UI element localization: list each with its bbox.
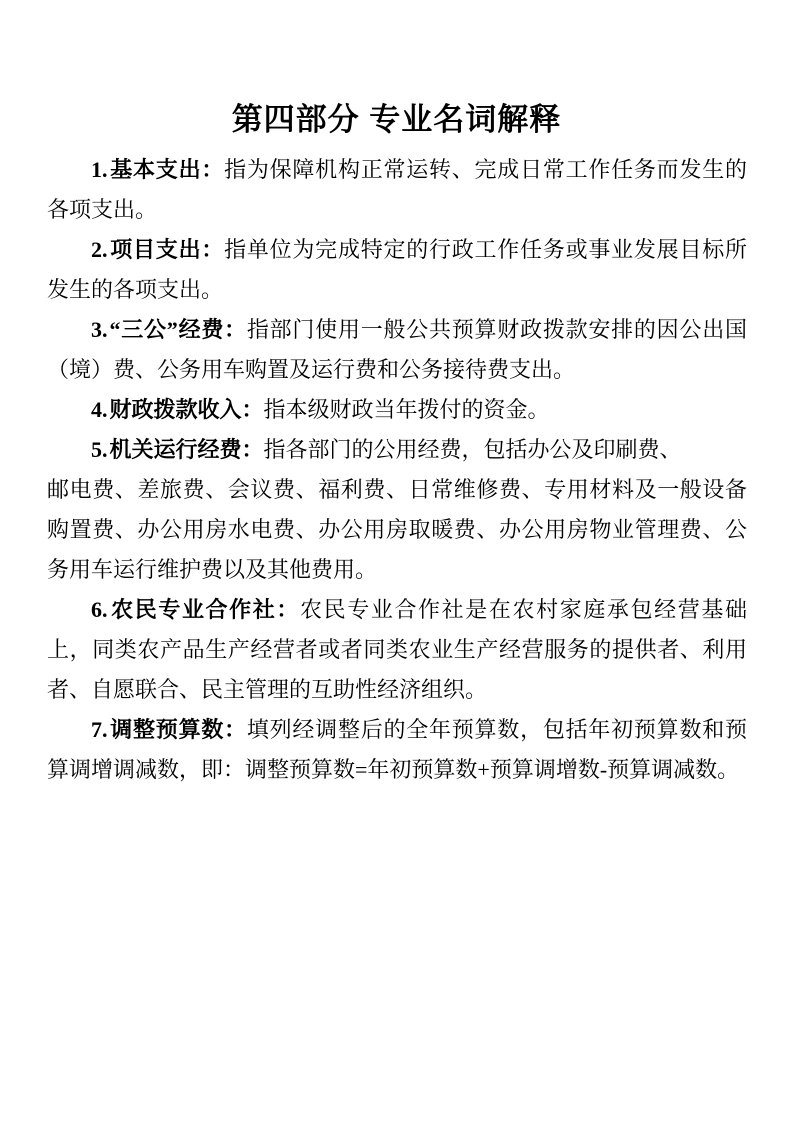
term-name: 基本支出： bbox=[110, 157, 225, 182]
term-item-farmer-cooperative: 6.农民专业合作社：农民专业合作社是在农村家庭承包经营基础上，同类农产品生产经营… bbox=[47, 590, 747, 710]
term-name: 财政拨款收入： bbox=[110, 397, 264, 422]
term-number: 4. bbox=[91, 397, 108, 422]
term-item-adjusted-budget-figure: 7.调整预算数：填列经调整后的全年预算数，包括年初预算数和预算调增调减数，即：调… bbox=[47, 710, 747, 790]
document-page: 第四部分 专业名词解释 1.基本支出：指为保障机构正常运转、完成日常工作任务而发… bbox=[0, 0, 793, 1122]
term-number: 2. bbox=[91, 237, 108, 262]
term-item-project-expenditure: 2.项目支出：指单位为完成特定的行政工作任务或事业发展目标所发生的各项支出。 bbox=[47, 230, 747, 310]
term-item-three-public-funds: 3.“三公”经费：指部门使用一般公共预算财政拨款安排的因公出国（境）费、公务用车… bbox=[47, 310, 747, 390]
term-definition: 指本级财政当年拨付的资金。 bbox=[264, 397, 550, 422]
term-name: 机关运行经费： bbox=[110, 437, 264, 462]
term-name: 农民专业合作社： bbox=[110, 597, 301, 622]
term-item-fiscal-appropriation-income: 4.财政拨款收入：指本级财政当年拨付的资金。 bbox=[47, 390, 747, 430]
page-title: 第四部分 专业名词解释 bbox=[0, 0, 793, 140]
term-item-basic-expenditure: 1.基本支出：指为保障机构正常运转、完成日常工作任务而发生的各项支出。 bbox=[47, 150, 747, 230]
term-name: “三公”经费： bbox=[110, 317, 247, 342]
term-number: 3. bbox=[91, 317, 108, 342]
term-number: 5. bbox=[91, 437, 108, 462]
term-number: 1. bbox=[91, 157, 108, 182]
term-name: 项目支出： bbox=[110, 237, 225, 262]
term-name: 调整预算数： bbox=[110, 717, 247, 742]
term-number: 7. bbox=[91, 717, 108, 742]
glossary-content: 1.基本支出：指为保障机构正常运转、完成日常工作任务而发生的各项支出。 2.项目… bbox=[0, 150, 793, 790]
term-number: 6. bbox=[91, 597, 108, 622]
term-item-agency-operating-funds: 5.机关运行经费：指各部门的公用经费，包括办公及印刷费、 邮电费、差旅费、会议费… bbox=[47, 430, 747, 590]
